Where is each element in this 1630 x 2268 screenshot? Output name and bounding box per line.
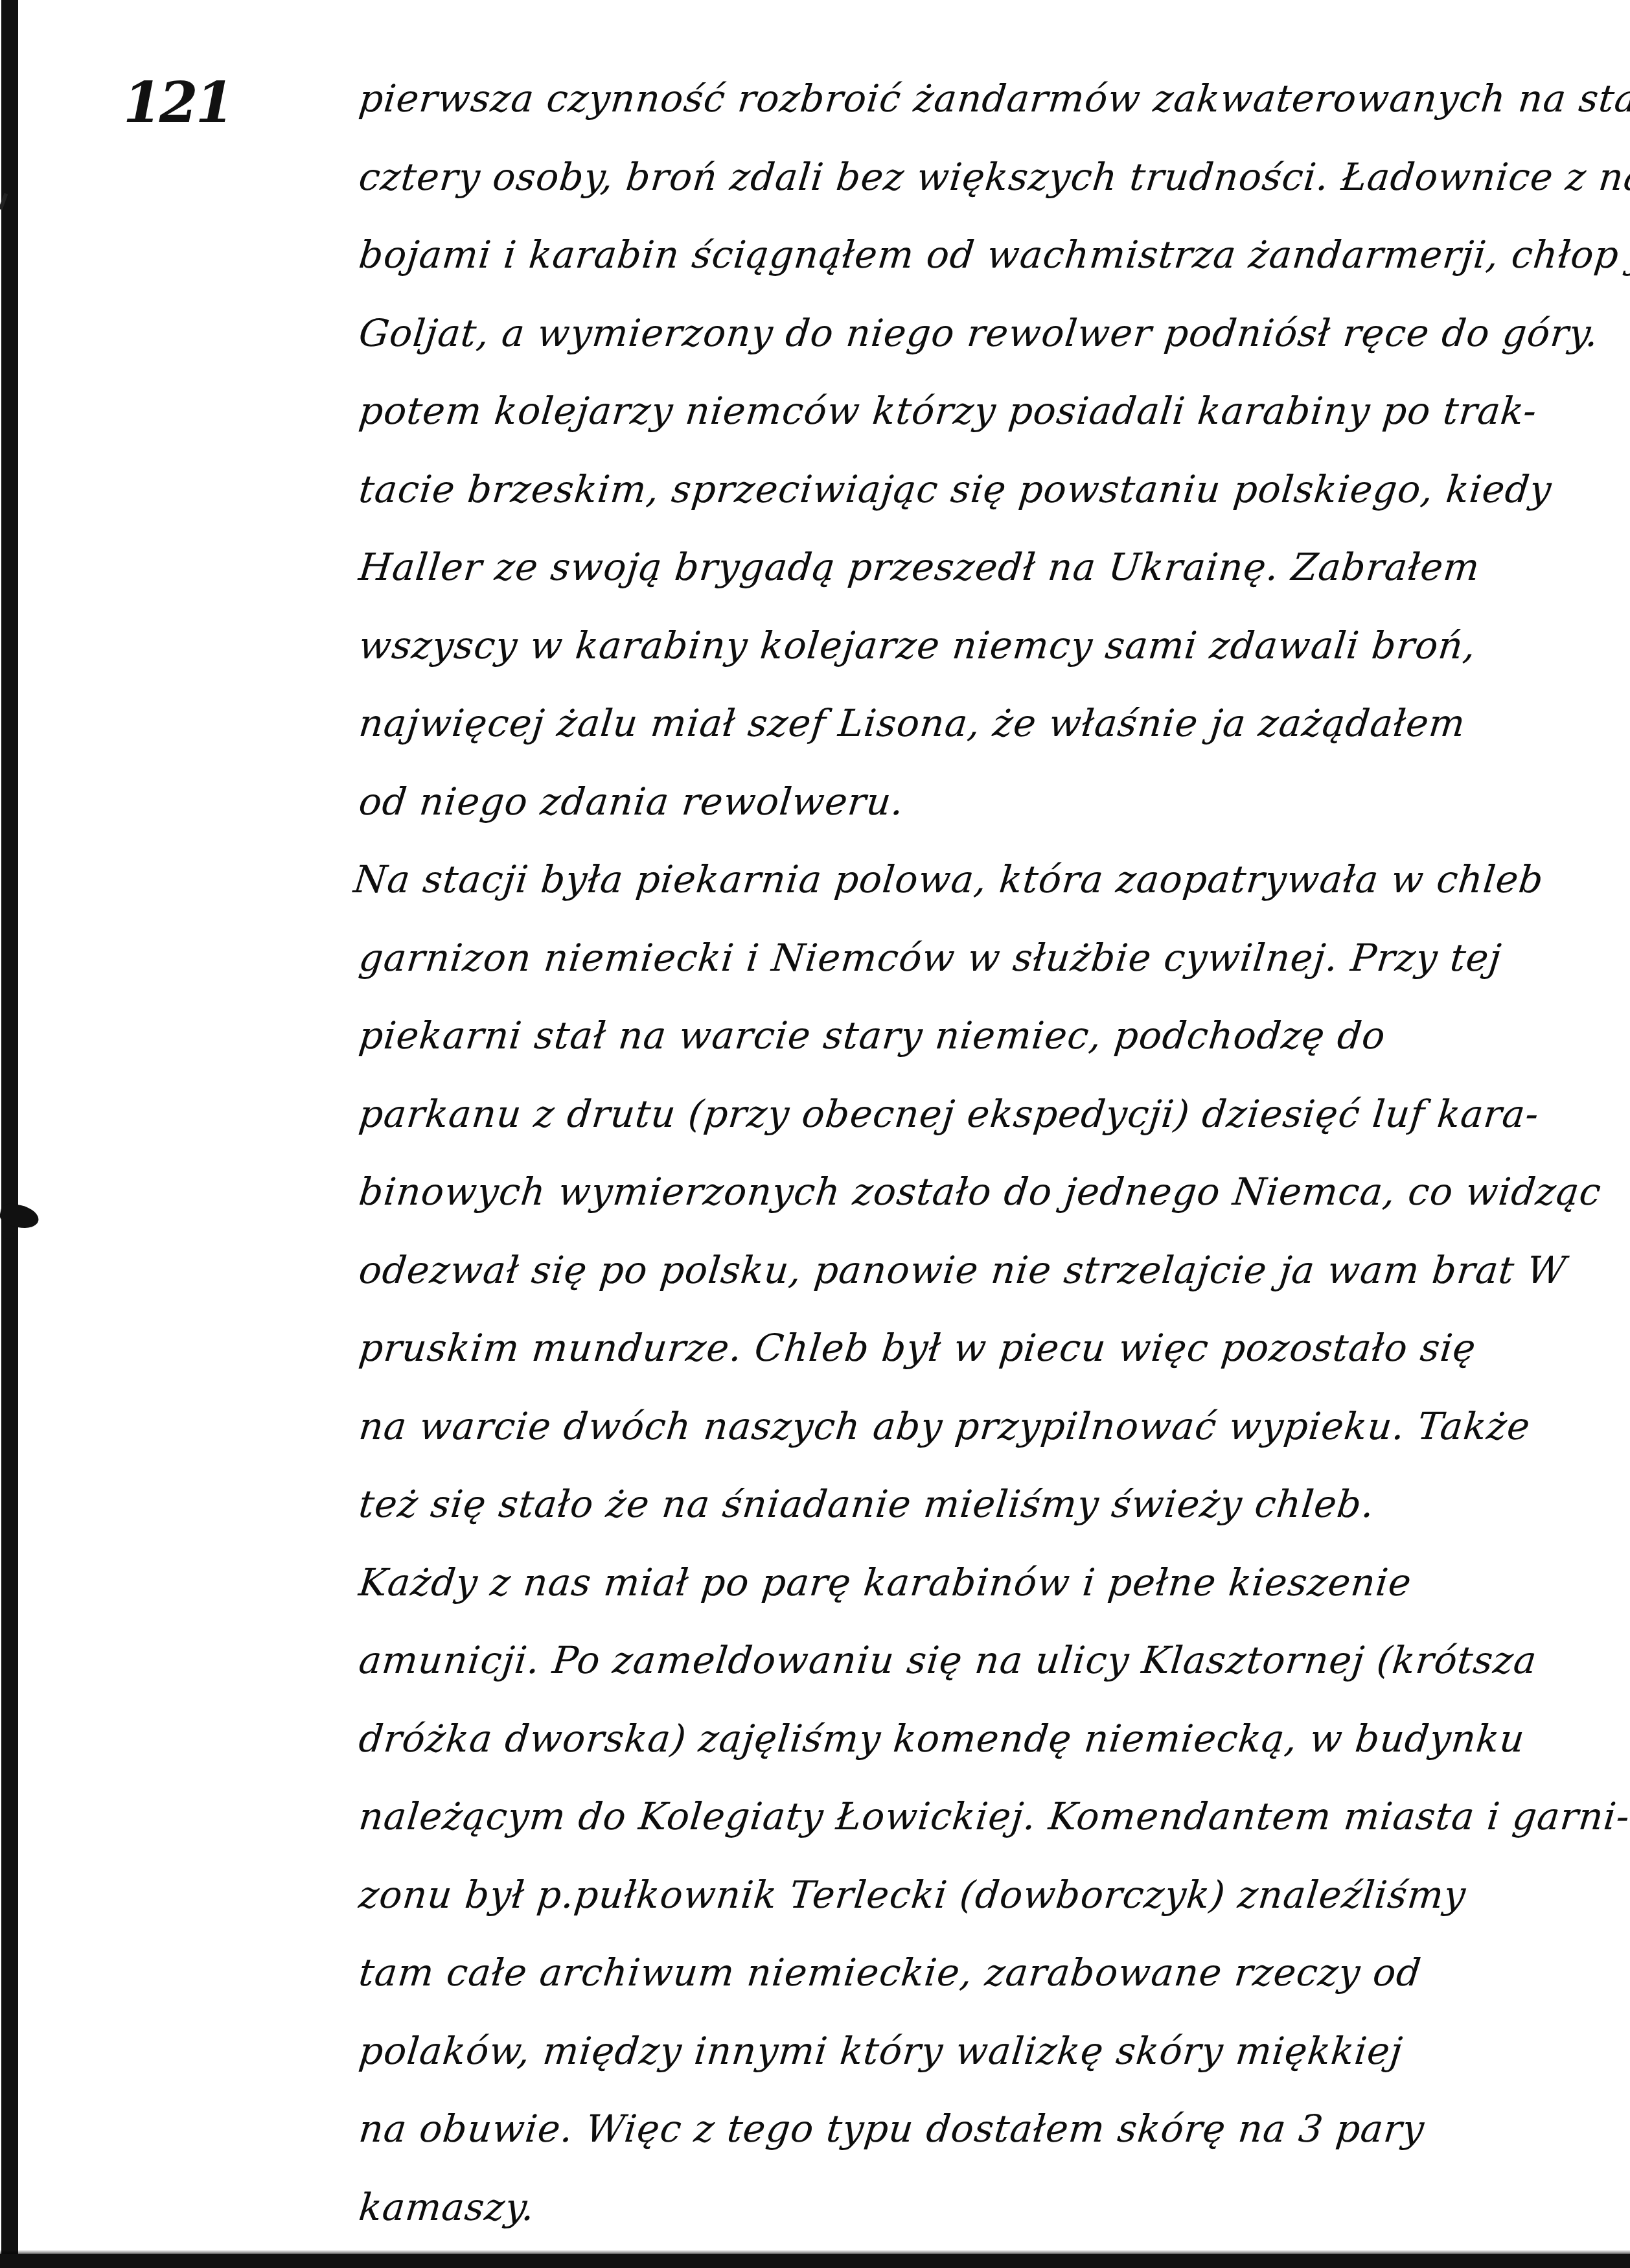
- page-number: 121: [123, 70, 232, 135]
- paragraph-start-line: Na stacji była piekarnia polowa, która z…: [350, 840, 1614, 919]
- text-line: potem kolejarzy niemców którzy posiadali…: [355, 372, 1614, 450]
- text-line: na warcie dwóch naszych aby przypilnować…: [355, 1387, 1614, 1466]
- text-line: tam całe archiwum niemieckie, zarabowane…: [355, 1934, 1614, 2012]
- text-line: odezwał się po polsku, panowie nie strze…: [355, 1231, 1614, 1310]
- text-line: wszyscy w karabiny kolejarze niemcy sami…: [355, 607, 1614, 685]
- text-line: pierwsza czynność rozbroić żandarmów zak…: [355, 60, 1614, 138]
- text-line: binowych wymierzonych zostało do jednego…: [355, 1153, 1614, 1231]
- text-line: należącym do Kolegiaty Łowickiej. Komend…: [355, 1777, 1614, 1856]
- text-line: na obuwie. Więc z tego typu dostałem skó…: [355, 2090, 1614, 2168]
- text-line: od niego zdania rewolweru.: [355, 763, 1614, 841]
- text-line: Haller ze swoją brygadą przeszedł na Ukr…: [355, 528, 1614, 607]
- page-bottom-edge: [0, 2254, 1630, 2268]
- text-line: piekarni stał na warcie stary niemiec, p…: [355, 997, 1614, 1075]
- text-line: też się stało że na śniadanie mieliśmy ś…: [355, 1465, 1614, 1544]
- handwritten-text-body: pierwsza czynność rozbroić żandarmów zak…: [355, 60, 1605, 2246]
- text-line: najwięcej żalu miał szef Lisona, że właś…: [355, 684, 1614, 763]
- text-line: garnizon niemiecki i Niemców w służbie c…: [355, 919, 1614, 997]
- page-binding-edge: [1, 0, 18, 2268]
- text-line: tacie brzeskim, sprzeciwiając się powsta…: [355, 450, 1614, 529]
- text-line: kamaszy.: [355, 2168, 1614, 2247]
- text-line: bojami i karabin ściągnąłem od wachmistr…: [355, 216, 1614, 294]
- text-line: polaków, między innymi który walizkę skó…: [355, 2012, 1614, 2090]
- text-line: cztery osoby, broń zdali bez większych t…: [355, 138, 1614, 216]
- text-line: dróżka dworska) zajęliśmy komendę niemie…: [355, 1700, 1614, 1778]
- text-line: pruskim mundurze. Chleb był w piecu więc…: [355, 1309, 1614, 1387]
- text-line: zonu był p.pułkownik Terlecki (dowborczy…: [355, 1856, 1614, 1934]
- text-line: Każdy z nas miał po parę karabinów i peł…: [355, 1544, 1614, 1622]
- text-line: amunicji. Po zameldowaniu się na ulicy K…: [355, 1621, 1614, 1700]
- manuscript-page: 121 pierwsza czynność rozbroić żandarmów…: [0, 0, 1630, 2268]
- text-line: parkanu z drutu (przy obecnej ekspedycji…: [355, 1075, 1614, 1153]
- text-line: Goljat, a wymierzony do niego rewolwer p…: [355, 294, 1614, 373]
